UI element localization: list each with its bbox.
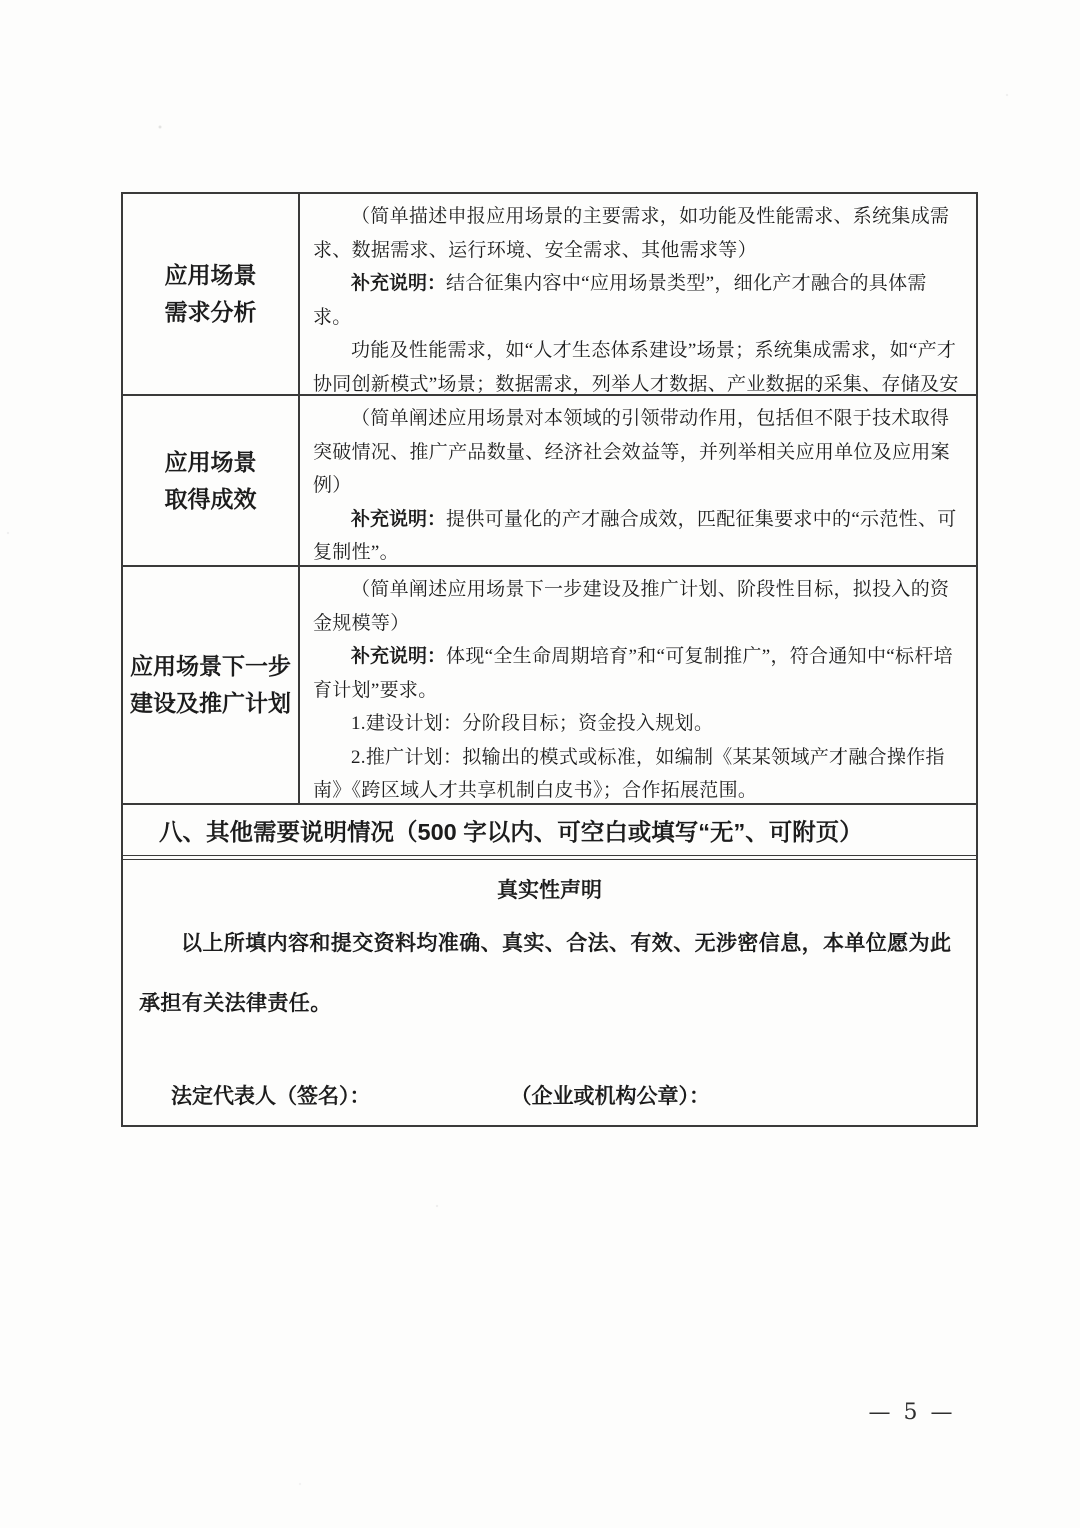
row-content: （简单描述申报应用场景的主要需求，如功能及性能需求、系统集成需求、数据需求、运行… bbox=[300, 194, 976, 394]
paragraph-bold-prefix: 补充说明： bbox=[351, 646, 446, 667]
paragraph: 补充说明：体现“全生命周期培育”和“可复制推广”，符合通知中“标杆培育计划”要求… bbox=[313, 640, 964, 707]
document-page: { "colors": { "ink": "#1c1c1c", "border"… bbox=[0, 0, 1080, 1528]
row-label-line: 应用场景 bbox=[165, 449, 257, 475]
form-table: 应用场景需求分析（简单描述申报应用场景的主要需求，如功能及性能需求、系统集成需求… bbox=[121, 192, 978, 1127]
row-label-text: 应用场景下一步建设及推广计划 bbox=[130, 648, 291, 722]
signature-legal-representative-label: 法定代表人（签名）： bbox=[171, 1080, 371, 1110]
signature-company-seal-label: （企业或机构公章）： bbox=[511, 1080, 711, 1110]
row-label: 应用场景下一步建设及推广计划 bbox=[123, 567, 300, 803]
row-label: 应用场景需求分析 bbox=[123, 194, 300, 394]
row-content: （简单阐述应用场景下一步建设及推广计划、阶段性目标，拟投入的资金规模等）补充说明… bbox=[300, 567, 976, 803]
row-label-line: 应用场景下一步 bbox=[130, 653, 291, 679]
paragraph: （简单阐述应用场景对本领域的引领带动作用，包括但不限于技术取得突破情况、推广产品… bbox=[313, 402, 964, 503]
row-label-text: 应用场景需求分析 bbox=[165, 257, 257, 331]
row-label-line: 需求分析 bbox=[165, 299, 257, 325]
paragraph: 补充说明：提供可量化的产才融合成效，匹配征集要求中的“示范性、可复制性”。 bbox=[313, 503, 964, 566]
paragraph-bold-prefix: 补充说明： bbox=[351, 509, 446, 530]
row-label-line: 建设及推广计划 bbox=[130, 690, 291, 716]
table-row: 应用场景下一步建设及推广计划（简单阐述应用场景下一步建设及推广计划、阶段性目标，… bbox=[123, 567, 976, 805]
declaration-title: 真实性声明 bbox=[139, 874, 960, 904]
row-label-text: 应用场景取得成效 bbox=[165, 444, 257, 518]
declaration-body: 以上所填内容和提交资料均准确、真实、合法、有效、无涉密信息，本单位愿为此承担有关… bbox=[139, 914, 960, 1034]
form-table-rows: 应用场景需求分析（简单描述申报应用场景的主要需求，如功能及性能需求、系统集成需求… bbox=[123, 194, 976, 805]
paragraph: （简单描述申报应用场景的主要需求，如功能及性能需求、系统集成需求、数据需求、运行… bbox=[313, 200, 964, 267]
paragraph: 1.建设计划：分阶段目标；资金投入规划。 bbox=[313, 707, 964, 741]
table-row: 应用场景需求分析（简单描述申报应用场景的主要需求，如功能及性能需求、系统集成需求… bbox=[123, 194, 976, 396]
paragraph: 2.推广计划：拟输出的模式或标准，如编制《某某领域产才融合操作指南》《跨区域人才… bbox=[313, 741, 964, 804]
page-number: — 5 — bbox=[852, 1400, 972, 1425]
paragraph: 补充说明：结合征集内容中“应用场景类型”，细化产才融合的具体需求。 bbox=[313, 267, 964, 334]
paragraph-bold-prefix: 补充说明： bbox=[351, 273, 446, 294]
section-header: 八、其他需要说明情况（500 字以内、可空白或填写“无”、可附页） bbox=[123, 805, 976, 856]
paragraph: 功能及性能需求，如“人才生态体系建设”场景；系统集成需求，如“产才协同创新模式”… bbox=[313, 334, 964, 394]
row-label: 应用场景取得成效 bbox=[123, 396, 300, 565]
paragraph: （简单阐述应用场景下一步建设及推广计划、阶段性目标，拟投入的资金规模等） bbox=[313, 573, 964, 640]
signature-row: 法定代表人（签名）： （企业或机构公章）： bbox=[139, 1080, 960, 1110]
row-content: （简单阐述应用场景对本领域的引领带动作用，包括但不限于技术取得突破情况、推广产品… bbox=[300, 396, 976, 565]
table-row: 应用场景取得成效（简单阐述应用场景对本领域的引领带动作用，包括但不限于技术取得突… bbox=[123, 396, 976, 567]
declaration-cell: 真实性声明 以上所填内容和提交资料均准确、真实、合法、有效、无涉密信息，本单位愿… bbox=[123, 859, 976, 1125]
row-label-line: 取得成效 bbox=[165, 486, 257, 512]
row-label-line: 应用场景 bbox=[165, 262, 257, 288]
